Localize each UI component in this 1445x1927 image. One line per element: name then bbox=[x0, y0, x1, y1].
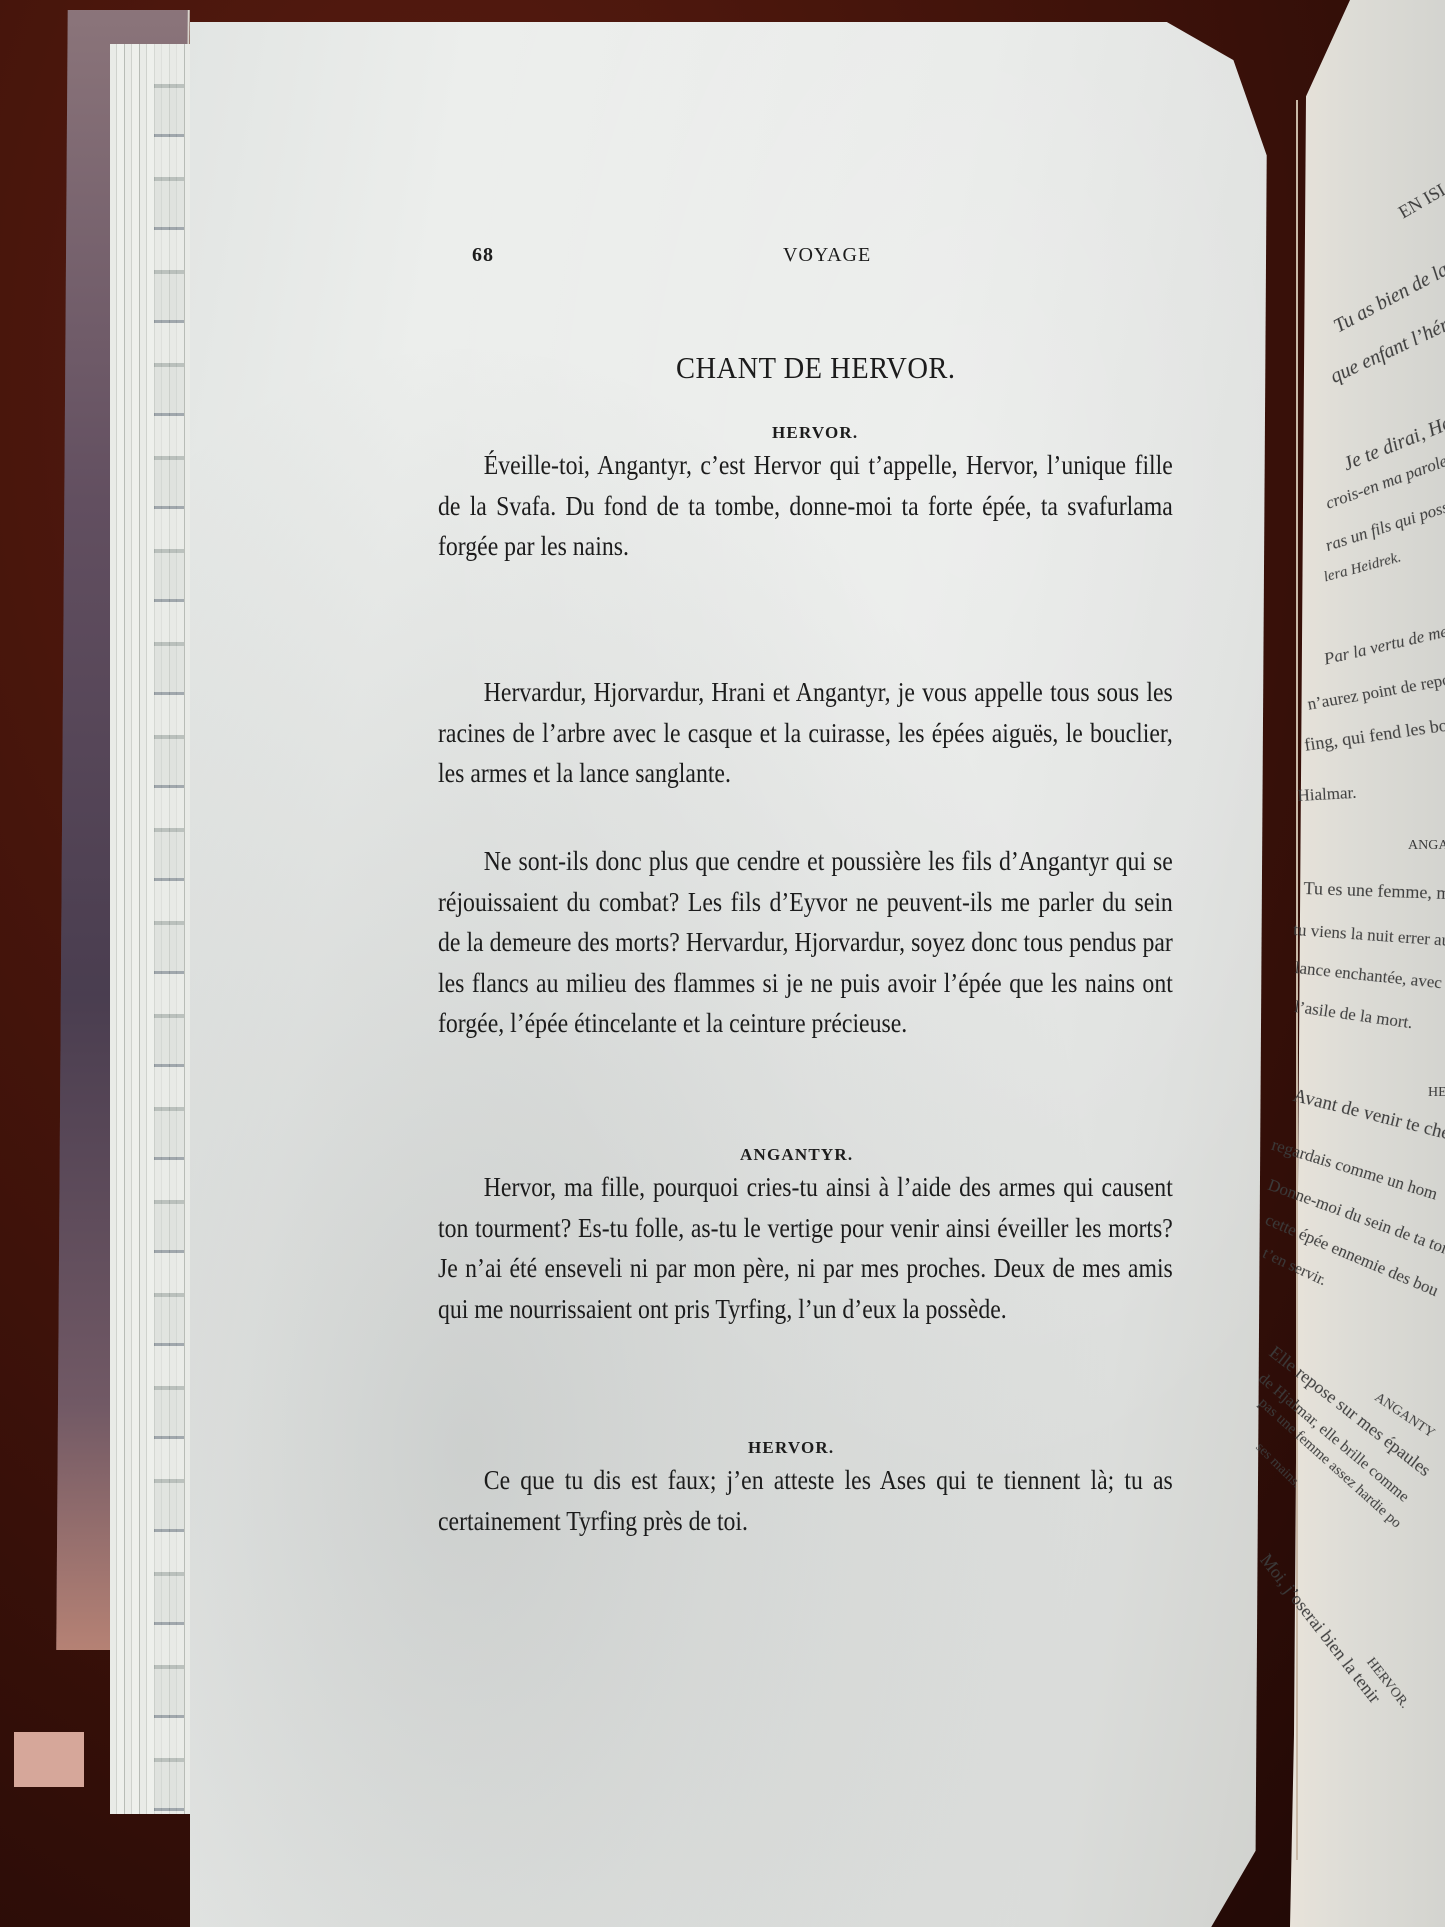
right-line: n’aurez point de repos s bbox=[1306, 667, 1445, 715]
right-page-content: EN ISL Tu as bien de la p que enfant l’h… bbox=[0, 0, 1445, 1927]
right-line: Tu es une femme, mais bbox=[1303, 878, 1445, 905]
right-line: lera Heidrek. bbox=[1322, 549, 1403, 586]
right-line: lance enchantée, avec le c bbox=[1294, 958, 1445, 996]
right-speaker: ANGA bbox=[1408, 838, 1445, 854]
right-speaker: HE bbox=[1428, 1085, 1445, 1101]
right-line: Moi, j’oserai bien la tenir bbox=[1255, 1550, 1384, 1707]
right-line: ses mains. bbox=[1252, 1440, 1304, 1492]
right-line: Hialmar. bbox=[1297, 783, 1357, 806]
right-line: Avant de venir te cher bbox=[1291, 1085, 1445, 1147]
right-line: Par la vertu de mes bbox=[1322, 620, 1445, 669]
right-line: tu viens la nuit errer aut bbox=[1293, 920, 1445, 951]
right-line: fing, qui fend les bou bbox=[1303, 714, 1445, 756]
right-line: l’asile de la mort. bbox=[1293, 997, 1414, 1033]
right-running-head: EN ISL bbox=[1395, 177, 1445, 223]
